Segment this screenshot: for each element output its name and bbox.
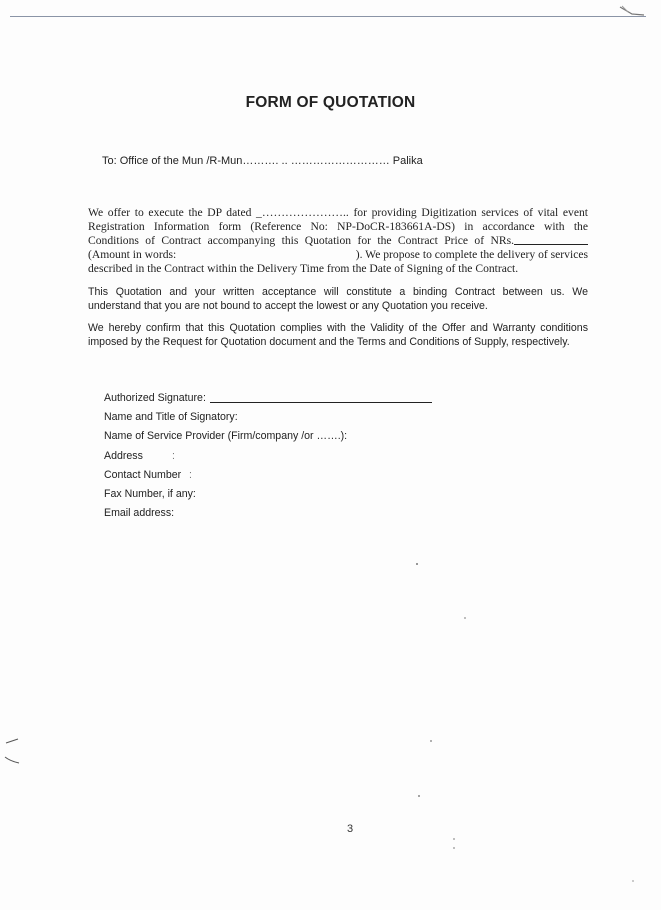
field-separator: :	[172, 450, 175, 462]
field-label: Contact Number	[104, 469, 189, 481]
field-signatory-name[interactable]: Name and Title of Signatory:	[104, 407, 432, 426]
scan-speck	[453, 847, 455, 849]
field-authorized-signature: Authorized Signature:	[104, 388, 432, 407]
field-fax-number[interactable]: Fax Number, if any:	[104, 484, 432, 503]
field-separator: :	[189, 469, 192, 481]
field-email-address[interactable]: Email address:	[104, 504, 432, 523]
offer-line-3-wrap: Conditions of Contract accompanying this…	[88, 234, 588, 248]
scan-speck	[430, 740, 432, 742]
addressee-line: To: Office of the Mun /R-Mun………. .. ……………	[102, 155, 423, 167]
offer-line-3: Conditions of Contract accompanying this…	[88, 234, 514, 248]
field-label: Email address:	[104, 507, 174, 519]
page-top-rule	[10, 16, 646, 17]
field-label: Address	[104, 450, 172, 462]
binding-line-1: This Quotation and your written acceptan…	[88, 286, 588, 300]
scan-speck	[464, 617, 466, 619]
amount-in-words-label: (Amount in words:	[88, 248, 176, 262]
confirm-line-2: imposed by the Request for Quotation doc…	[88, 336, 588, 350]
binding-paragraph: This Quotation and your written acceptan…	[88, 286, 588, 313]
scan-speck	[632, 880, 634, 882]
field-service-provider[interactable]: Name of Service Provider (Firm/company /…	[104, 427, 432, 446]
offer-line-1: We offer to execute the DP dated _…………………	[88, 206, 588, 220]
signature-line[interactable]	[210, 392, 432, 403]
field-address[interactable]: Address :	[104, 446, 432, 465]
confirm-line-1: We hereby confirm that this Quotation co…	[88, 322, 588, 336]
confirm-paragraph: We hereby confirm that this Quotation co…	[88, 322, 588, 349]
field-label: Fax Number, if any:	[104, 488, 196, 500]
scan-speck	[416, 563, 418, 565]
scan-speck	[453, 838, 455, 840]
signatory-fields: Authorized Signature: Name and Title of …	[104, 388, 432, 523]
page-number: 3	[0, 823, 661, 835]
document-title: FORM OF QUOTATION	[0, 94, 661, 112]
contract-price-blank[interactable]	[514, 234, 588, 245]
offer-paragraph: We offer to execute the DP dated _…………………	[88, 206, 588, 276]
field-contact-number[interactable]: Contact Number :	[104, 465, 432, 484]
field-label: Name of Service Provider (Firm/company /…	[104, 430, 347, 442]
scan-edge-mark-icon	[2, 735, 22, 765]
field-label: Name and Title of Signatory:	[104, 411, 238, 423]
offer-line-4-rest: ). We propose to complete the delivery o…	[356, 248, 588, 262]
offer-line-4-wrap: (Amount in words: ). We propose to compl…	[88, 248, 588, 262]
offer-line-5: described in the Contract within the Del…	[88, 262, 588, 276]
field-label: Authorized Signature:	[104, 392, 206, 404]
scan-corner-mark-icon	[618, 4, 646, 18]
binding-line-2: understand that you are not bound to acc…	[88, 300, 588, 314]
offer-line-2: Registration Information form (Reference…	[88, 220, 588, 234]
scan-speck	[418, 795, 420, 797]
